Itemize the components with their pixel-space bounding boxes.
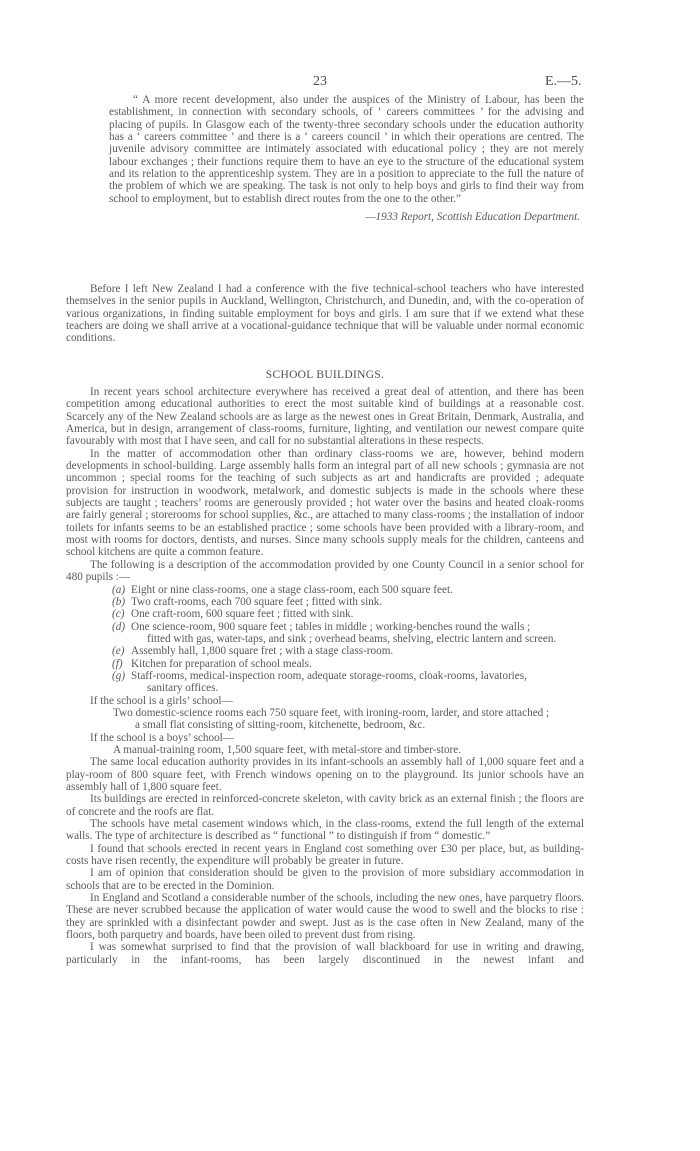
list-label: (a) bbox=[112, 584, 131, 596]
list-item: (f) Kitchen for preparation of school me… bbox=[66, 658, 584, 670]
boys-school-intro: If the school is a boys’ school— bbox=[66, 732, 584, 744]
accommodation-list: (a) Eight or nine class-rooms, one a sta… bbox=[66, 584, 584, 695]
paragraph: In England and Scotland a considerable n… bbox=[66, 892, 584, 941]
list-label: (c) bbox=[112, 608, 131, 620]
intro-paragraph: Before I left New Zealand I had a confer… bbox=[66, 283, 584, 345]
block-quote: “ A more recent development, also under … bbox=[109, 94, 584, 223]
intro-section: Before I left New Zealand I had a confer… bbox=[66, 283, 584, 345]
paragraph: The following is a description of the ac… bbox=[66, 559, 584, 584]
paragraph: Its buildings are erected in reinforced-… bbox=[66, 793, 584, 818]
paragraph: I was somewhat surprised to find that th… bbox=[66, 941, 584, 966]
list-text-wrap: One science-room, 900 square feet ; tabl… bbox=[131, 621, 584, 646]
list-continuation: sanitary offices. bbox=[131, 682, 584, 694]
list-label: (e) bbox=[112, 645, 131, 657]
section-heading: SCHOOL BUILDINGS. bbox=[0, 369, 650, 381]
list-text: One science-room, 900 square feet ; tabl… bbox=[131, 621, 530, 633]
document-reference: E.—5. bbox=[545, 74, 582, 90]
list-text: Assembly hall, 1,800 square fret ; with … bbox=[131, 645, 584, 657]
girls-school-continuation: a small flat consisting of sitting-room,… bbox=[66, 719, 584, 731]
list-item: (c) One craft-room, 600 square feet ; fi… bbox=[66, 608, 584, 620]
list-item: (a) Eight or nine class-rooms, one a sta… bbox=[66, 584, 584, 596]
quote-text: “ A more recent development, also under … bbox=[109, 94, 584, 205]
paragraph: The schools have metal casement windows … bbox=[66, 818, 584, 843]
list-label: (b) bbox=[112, 596, 131, 608]
girls-school-intro: If the school is a girls’ school— bbox=[66, 695, 584, 707]
list-text: Kitchen for preparation of school meals. bbox=[131, 658, 584, 670]
list-text: Two craft-rooms, each 700 square feet ; … bbox=[131, 596, 584, 608]
paragraph: I found that schools erected in recent y… bbox=[66, 843, 584, 868]
list-text: Eight or nine class-rooms, one a stage c… bbox=[131, 584, 584, 596]
list-item: (b) Two craft-rooms, each 700 square fee… bbox=[66, 596, 584, 608]
paragraph: In the matter of accommodation other tha… bbox=[66, 448, 584, 559]
list-text: One craft-room, 600 square feet ; fitted… bbox=[131, 608, 584, 620]
list-label: (d) bbox=[112, 621, 131, 646]
list-continuation: fitted with gas, water-taps, and sink ; … bbox=[131, 633, 584, 645]
list-text-wrap: Staff-rooms, medical-inspection room, ad… bbox=[131, 670, 584, 695]
paragraph: In recent years school architecture ever… bbox=[66, 386, 584, 448]
paragraph: The same local education authority provi… bbox=[66, 756, 584, 793]
list-item: (d) One science-room, 900 square feet ; … bbox=[66, 621, 584, 646]
list-text: Staff-rooms, medical-inspection room, ad… bbox=[131, 670, 527, 682]
boys-school-text: A manual-training room, 1,500 square fee… bbox=[66, 744, 584, 756]
section-body: In recent years school architecture ever… bbox=[66, 386, 584, 966]
list-label: (f) bbox=[112, 658, 131, 670]
list-label: (g) bbox=[112, 670, 131, 695]
paragraph: I am of opinion that consideration shoul… bbox=[66, 867, 584, 892]
document-page: 23 E.—5. “ A more recent development, al… bbox=[0, 0, 700, 1151]
girls-school-text: Two domestic-science rooms each 750 squa… bbox=[66, 707, 584, 719]
list-item: (e) Assembly hall, 1,800 square fret ; w… bbox=[66, 645, 584, 657]
quote-attribution: —1933 Report, Scottish Education Departm… bbox=[109, 211, 584, 223]
list-item: (g) Staff-rooms, medical-inspection room… bbox=[66, 670, 584, 695]
page-number: 23 bbox=[313, 74, 327, 90]
